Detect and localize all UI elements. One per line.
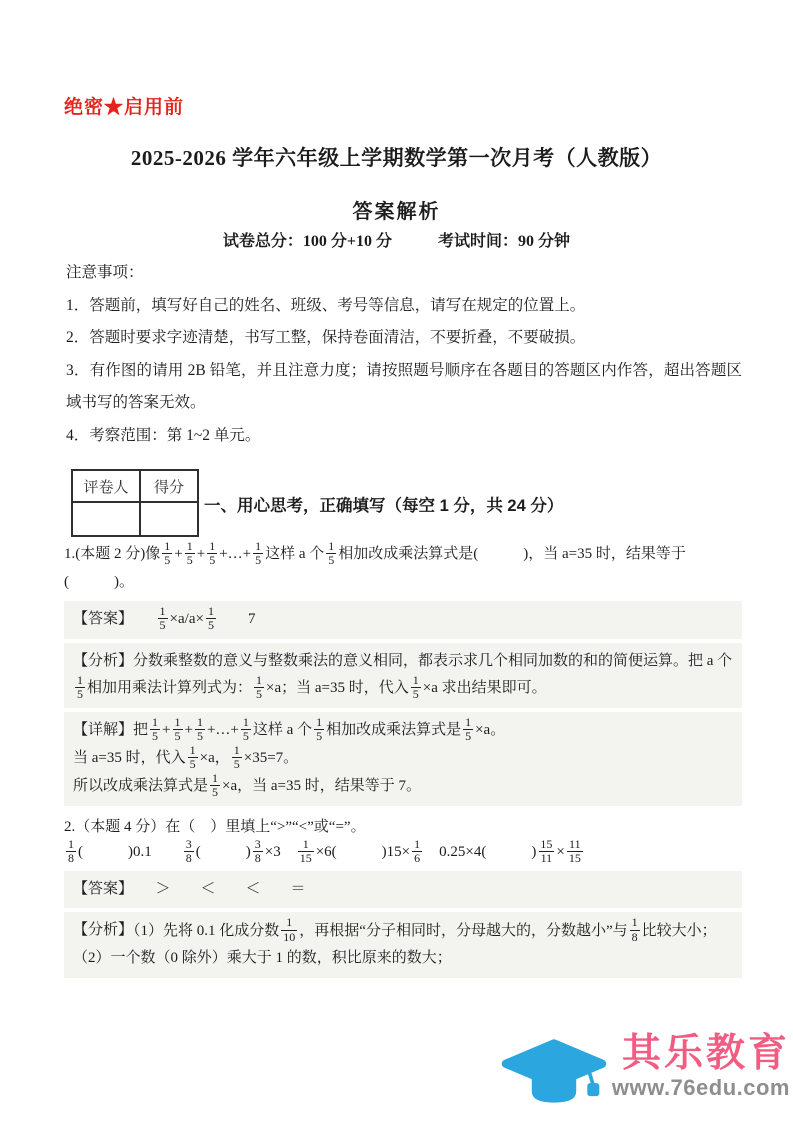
fraction: 15 <box>207 540 217 567</box>
graduation-cap-icon <box>498 1036 610 1110</box>
grader-header-row: 评卷人 得分 <box>72 470 198 502</box>
q1-answer-block: 【答案】 15×a/a×15 7 <box>64 601 742 639</box>
analysis-label: 【分析】 <box>73 653 133 669</box>
total-score: 试卷总分：100 分+10 分 <box>223 233 392 250</box>
fraction: 15 <box>158 605 168 632</box>
q2-analysis-line-1: 【分析】（1）先将 0.1 化成分数110，再根据“分子相同时，分母越大的，分数… <box>73 917 733 945</box>
score-empty-cell <box>140 502 198 536</box>
fraction: 16 <box>412 838 422 865</box>
page-title: 2025-2026 学年六年级上学期数学第一次月考（人教版） <box>0 142 793 172</box>
fraction: 15 <box>75 674 85 701</box>
q1-stem: 1.(本题 2 分)像15+15+15+…+15这样 a 个15相加改成乘法算式… <box>64 541 742 597</box>
notice-item: 3．有作图的请用 2B 铅笔，并且注意力度；请按照题号顺序在各题目的答题区内作答… <box>66 355 742 420</box>
page-subtitle: 答案解析 <box>0 195 793 224</box>
fraction: 15 <box>210 772 220 799</box>
exam-meta: 试卷总分：100 分+10 分考试时间：90 分钟 <box>0 228 793 251</box>
questions-content: 1.(本题 2 分)像15+15+15+…+15这样 a 个15相加改成乘法算式… <box>64 541 742 982</box>
fraction: 15 <box>326 540 336 567</box>
q1-analysis-block: 【分析】分数乘整数的意义与整数乘法的意义相同，都表示求几个相同加数的和的简便运算… <box>64 643 742 709</box>
fraction: 15 <box>463 716 473 743</box>
grader-empty-cell <box>72 502 140 536</box>
q2-comparison-row: 18( )0.1 38( )38×3 115×6( )15×16 0.25×4(… <box>64 839 742 867</box>
fraction: 15 <box>150 716 160 743</box>
q1-detail-block: 【详解】把15+15+15+…+15这样 a 个15相加改成乘法算式是15×a。… <box>64 712 742 806</box>
exam-answer-sheet-page: 绝密★启用前 2025-2026 学年六年级上学期数学第一次月考（人教版） 答案… <box>0 0 793 1122</box>
site-logo: 其乐教育 www.76edu.com <box>498 1033 790 1110</box>
answer-label: 【答案】 <box>73 611 126 627</box>
notices: 注意事项： 1．答题前，填写好自己的姓名、班级、考号等信息，请写在规定的位置上。… <box>66 257 742 453</box>
section-one-heading: 一、用心思考，正确填写（每空 1 分，共 24 分） <box>204 492 563 516</box>
q2-answer-content: ＞ ＜ ＜ ＝ <box>126 881 306 897</box>
q1-detail-line-1: 【详解】把15+15+15+…+15这样 a 个15相加改成乘法算式是15×a。 <box>73 717 733 745</box>
logo-website-url: www.76edu.com <box>612 1076 790 1100</box>
fraction: 15 <box>188 744 198 771</box>
fraction: 38 <box>253 838 263 865</box>
logo-text: 其乐教育 www.76edu.com <box>612 1033 790 1100</box>
q1-answer-content: 15×a/a×15 7 <box>126 611 256 627</box>
q2-answer-block: 【答案】 ＞ ＜ ＜ ＝ <box>64 871 742 909</box>
q1-detail-content-1: 把15+15+15+…+15这样 a 个15相加改成乘法算式是15×a。 <box>133 722 505 738</box>
q1-analysis-content: 分数乘整数的意义与整数乘法的意义相同，都表示求几个相同加数的和的简便运算。把 a… <box>73 653 732 697</box>
fraction: 15 <box>232 744 242 771</box>
fraction: 18 <box>66 838 76 865</box>
fraction: 18 <box>630 916 640 943</box>
grader-header-cell: 评卷人 <box>72 470 140 502</box>
fraction: 15 <box>241 716 251 743</box>
q1-detail-line-3: 所以改成乘法算式是15×a，当 a=35 时，结果等于 7。 <box>73 773 733 801</box>
fraction: 15 <box>195 716 205 743</box>
fraction: 15 <box>314 716 324 743</box>
fraction: 15 <box>173 716 183 743</box>
notice-item: 2．答题时要求字迹清楚，书写工整，保持卷面清洁，不要折叠，不要破损。 <box>66 322 742 355</box>
classification-banner: 绝密★启用前 <box>64 92 184 119</box>
fraction: 110 <box>281 916 297 943</box>
grader-empty-row <box>72 502 198 536</box>
score-header-cell: 得分 <box>140 470 198 502</box>
fraction: 15 <box>411 674 421 701</box>
notice-item: 1．答题前，填写好自己的姓名、班级、考号等信息，请写在规定的位置上。 <box>66 290 742 323</box>
grader-table: 评卷人 得分 <box>71 469 199 537</box>
fraction: 15 <box>253 540 263 567</box>
q2-analysis-content-1: （1）先将 0.1 化成分数110，再根据“分子相同时，分母越大的，分数越小”与… <box>133 923 717 939</box>
detail-label: 【详解】 <box>73 722 133 738</box>
q2-stem: 2.（本题 4 分）在（ ）里填上“>”“<”或“=”。 <box>64 815 742 839</box>
fraction: 15 <box>162 540 172 567</box>
fraction: 1115 <box>567 838 583 865</box>
q2-analysis-line-2: （2）一个数（0 除外）乘大于 1 的数，积比原来的数大； <box>73 945 733 973</box>
q1-detail-line-2: 当 a=35 时，代入15×a，15×35=7。 <box>73 745 733 773</box>
analysis-label: 【分析】 <box>73 923 133 939</box>
answer-label: 【答案】 <box>73 881 126 897</box>
fraction: 15 <box>185 540 195 567</box>
exam-time: 考试时间：90 分钟 <box>438 233 570 250</box>
logo-brand-name: 其乐教育 <box>622 1033 790 1076</box>
notice-item: 4．考察范围：第 1~2 单元。 <box>66 420 742 453</box>
fraction: 15 <box>254 674 264 701</box>
q2-analysis-block: 【分析】（1）先将 0.1 化成分数110，再根据“分子相同时，分母越大的，分数… <box>64 912 742 978</box>
fraction: 115 <box>298 838 314 865</box>
notices-heading: 注意事项： <box>66 257 742 290</box>
fraction: 1511 <box>538 838 554 865</box>
fraction: 15 <box>206 605 216 632</box>
fraction: 38 <box>184 838 194 865</box>
